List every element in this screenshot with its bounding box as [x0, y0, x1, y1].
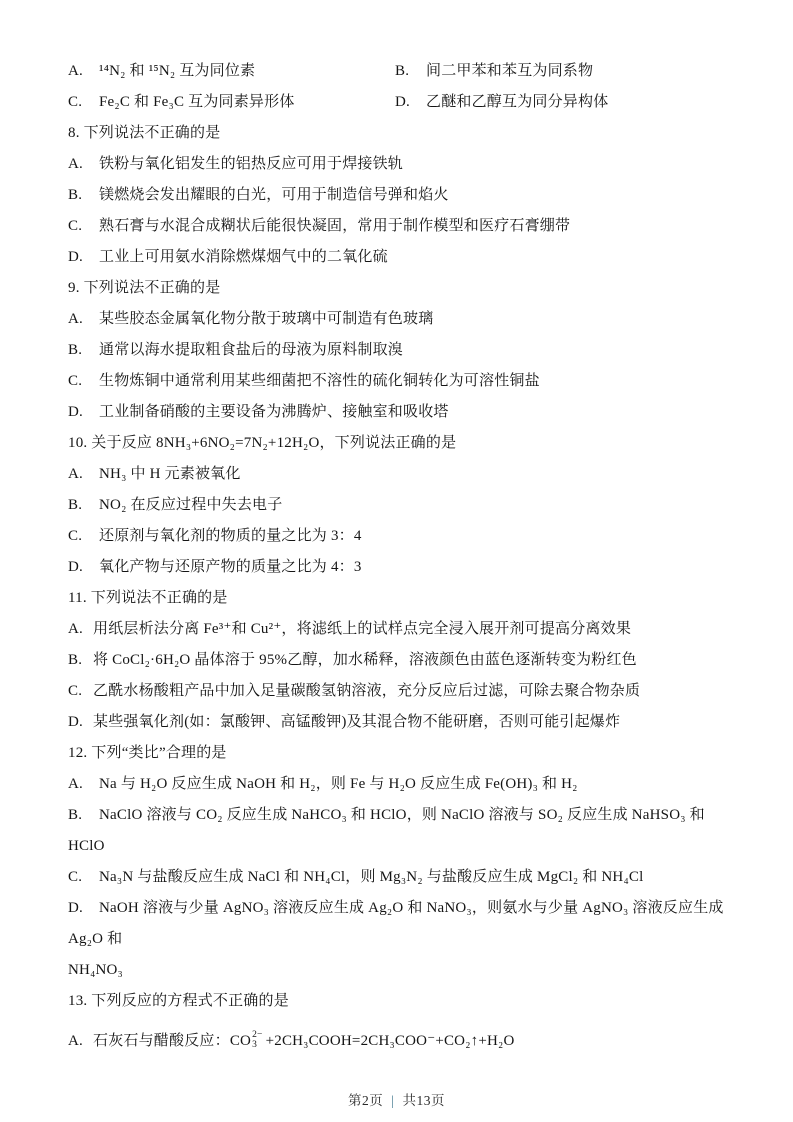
q12-option-c: C.Na₃N 与盐酸反应生成 NaCl 和 NH₄Cl，则 Mg₃N₂ 与盐酸反…	[68, 862, 740, 893]
q9-option-c-label: C.	[68, 366, 99, 397]
q10-option-d: D.氧化产物与还原产物的质量之比为 4：3	[68, 552, 740, 583]
q11-option-a-text: 用纸层析法分离 Fe³⁺和 Cu²⁺，将滤纸上的试样点完全浸入展开剂可提高分离效…	[93, 621, 631, 637]
q11-option-b-label: B.	[68, 645, 93, 676]
q8-option-a: A.铁粉与氧化铝发生的铝热反应可用于焊接铁轨	[68, 149, 740, 180]
exam-page: A.¹⁴N₂ 和 ¹⁵N₂ 互为同位素 B.间二甲苯和苯互为同系物 C.Fe₂C…	[0, 0, 793, 1122]
q10-option-d-text: 氧化产物与还原产物的质量之比为 4：3	[99, 559, 362, 575]
q7-option-b-text: 间二甲苯和苯互为同系物	[426, 63, 593, 79]
q9-option-d-text: 工业制备硝酸的主要设备为沸腾炉、接触室和吸收塔	[99, 404, 449, 420]
q9-stem: 9. 下列说法不正确的是	[68, 273, 740, 304]
q11-stem: 11. 下列说法不正确的是	[68, 583, 740, 614]
q7-option-d: D.乙醚和乙醇互为同分异构体	[395, 87, 608, 118]
q10-option-c-text: 还原剂与氧化剂的物质的量之比为 3：4	[99, 528, 362, 544]
q11-option-d: D.某些强氧化剂(如：氯酸钾、高锰酸钾)及其混合物不能研磨，否则可能引起爆炸	[68, 707, 740, 738]
q13-option-a: A.石灰石与醋酸反应：CO2−3+2CH₃COOH=2CH₃COO⁻+CO₂↑+…	[68, 1026, 740, 1057]
q12-option-a: A.Na 与 H₂O 反应生成 NaOH 和 H₂，则 Fe 与 H₂O 反应生…	[68, 769, 740, 800]
q10-option-a: A.NH₃ 中 H 元素被氧化	[68, 459, 740, 490]
ion-base: CO	[230, 1026, 251, 1057]
q11-option-d-label: D.	[68, 707, 93, 738]
q11-option-a: A.用纸层析法分离 Fe³⁺和 Cu²⁺，将滤纸上的试样点完全浸入展开剂可提高分…	[68, 614, 740, 645]
q12-stem: 12. 下列“类比”合理的是	[68, 738, 740, 769]
q11-option-d-text: 某些强氧化剂(如：氯酸钾、高锰酸钾)及其混合物不能研磨，否则可能引起爆炸	[93, 714, 620, 730]
ion-charge-stack: 2−3	[252, 1031, 263, 1050]
q12-option-d: D.NaOH 溶液与少量 AgNO₃ 溶液反应生成 Ag₂O 和 NaNO₃，则…	[68, 893, 740, 955]
q8-option-c-label: C.	[68, 211, 99, 242]
q10-option-d-label: D.	[68, 552, 99, 583]
q12-option-c-label: C.	[68, 862, 99, 893]
q13-option-a-prefix: 石灰石与醋酸反应：	[93, 1033, 230, 1049]
q7-option-c: C.Fe₂C 和 Fe₃C 互为同素异形体	[68, 87, 395, 118]
q10-option-a-label: A.	[68, 459, 99, 490]
footer-current-page: 第2页	[348, 1093, 383, 1108]
q12-option-b-text: NaClO 溶液与 CO₂ 反应生成 NaHCO₃ 和 HClO，则 NaClO…	[68, 807, 705, 854]
q7-option-a-text: ¹⁴N₂ 和 ¹⁵N₂ 互为同位素	[99, 63, 255, 79]
q8-option-b-text: 镁燃烧会发出耀眼的白光，可用于制造信号弹和焰火	[99, 187, 449, 203]
q13-option-a-label: A.	[68, 1026, 93, 1057]
q7-option-a-label: A.	[68, 56, 99, 87]
q7-options-row-2: C.Fe₂C 和 Fe₃C 互为同素异形体 D.乙醚和乙醇互为同分异构体	[68, 87, 740, 118]
footer-separator: |	[391, 1093, 394, 1108]
q9-option-d: D.工业制备硝酸的主要设备为沸腾炉、接触室和吸收塔	[68, 397, 740, 428]
q13-option-a-equation: +2CH₃COOH=2CH₃COO⁻+CO₂↑+H₂O	[266, 1033, 515, 1049]
q10-option-c-label: C.	[68, 521, 99, 552]
q12-option-c-text: Na₃N 与盐酸反应生成 NaCl 和 NH₄Cl，则 Mg₃N₂ 与盐酸反应生…	[99, 869, 643, 885]
q9-option-b-text: 通常以海水提取粗食盐后的母液为原料制取溴	[99, 342, 403, 358]
q11-option-b: B.将 CoCl₂·6H₂O 晶体溶于 95%乙醇，加水稀释，溶液颜色由蓝色逐渐…	[68, 645, 740, 676]
q10-option-b-label: B.	[68, 490, 99, 521]
q7-option-d-label: D.	[395, 87, 426, 118]
q10-option-b: B.NO₂ 在反应过程中失去电子	[68, 490, 740, 521]
q7-option-a: A.¹⁴N₂ 和 ¹⁵N₂ 互为同位素	[68, 56, 395, 87]
q10-stem: 10. 关于反应 8NH₃+6NO₂=7N₂+12H₂O，下列说法正确的是	[68, 428, 740, 459]
q8-option-b-label: B.	[68, 180, 99, 211]
q12-option-b: B.NaClO 溶液与 CO₂ 反应生成 NaHCO₃ 和 HClO，则 NaC…	[68, 800, 740, 862]
q8-option-c-text: 熟石膏与水混合成糊状后能很快凝固，常用于制作模型和医疗石膏绷带	[99, 218, 570, 234]
q11-option-b-text: 将 CoCl₂·6H₂O 晶体溶于 95%乙醇，加水稀释，溶液颜色由蓝色逐渐转变…	[93, 652, 637, 668]
q9-option-b-label: B.	[68, 335, 99, 366]
q9-option-a: A.某些胶态金属氧化物分散于玻璃中可制造有色玻璃	[68, 304, 740, 335]
q9-option-b: B.通常以海水提取粗食盐后的母液为原料制取溴	[68, 335, 740, 366]
q7-option-b-label: B.	[395, 56, 426, 87]
q11-option-c-label: C.	[68, 676, 93, 707]
q10-option-b-text: NO₂ 在反应过程中失去电子	[99, 497, 282, 513]
q8-option-a-text: 铁粉与氧化铝发生的铝热反应可用于焊接铁轨	[99, 156, 403, 172]
q8-option-d-text: 工业上可用氨水消除燃煤烟气中的二氧化硫	[99, 249, 388, 265]
q7-option-b: B.间二甲苯和苯互为同系物	[395, 56, 593, 87]
q12-option-d-text: NaOH 溶液与少量 AgNO₃ 溶液反应生成 Ag₂O 和 NaNO₃，则氨水…	[68, 900, 724, 947]
q8-option-d-label: D.	[68, 242, 99, 273]
q12-option-a-text: Na 与 H₂O 反应生成 NaOH 和 H₂，则 Fe 与 H₂O 反应生成 …	[99, 776, 578, 792]
q9-option-c-text: 生物炼铜中通常利用某些细菌把不溶性的硫化铜转化为可溶性铜盐	[99, 373, 540, 389]
exam-content: A.¹⁴N₂ 和 ¹⁵N₂ 互为同位素 B.间二甲苯和苯互为同系物 C.Fe₂C…	[68, 56, 740, 1057]
q12-option-d-label: D.	[68, 893, 99, 924]
q9-option-c: C.生物炼铜中通常利用某些细菌把不溶性的硫化铜转化为可溶性铜盐	[68, 366, 740, 397]
q11-option-a-label: A.	[68, 614, 93, 645]
q8-option-a-label: A.	[68, 149, 99, 180]
q8-option-d: D.工业上可用氨水消除燃煤烟气中的二氧化硫	[68, 242, 740, 273]
q13-stem: 13. 下列反应的方程式不正确的是	[68, 986, 740, 1017]
q7-options-row-1: A.¹⁴N₂ 和 ¹⁵N₂ 互为同位素 B.间二甲苯和苯互为同系物	[68, 56, 740, 87]
ion-subscript-count: 3	[252, 1041, 263, 1051]
q7-option-c-text: Fe₂C 和 Fe₃C 互为同素异形体	[99, 94, 295, 110]
q7-option-c-label: C.	[68, 87, 99, 118]
q8-option-b: B.镁燃烧会发出耀眼的白光，可用于制造信号弹和焰火	[68, 180, 740, 211]
q7-option-d-text: 乙醚和乙醇互为同分异构体	[426, 94, 608, 110]
q9-option-d-label: D.	[68, 397, 99, 428]
q8-stem: 8. 下列说法不正确的是	[68, 118, 740, 149]
footer-total-pages: 共13页	[402, 1093, 445, 1108]
q10-option-c: C.还原剂与氧化剂的物质的量之比为 3：4	[68, 521, 740, 552]
q9-option-a-text: 某些胶态金属氧化物分散于玻璃中可制造有色玻璃	[99, 311, 433, 327]
q11-option-c: C.乙酰水杨酸粗产品中加入足量碳酸氢钠溶液，充分反应后过滤，可除去聚合物杂质	[68, 676, 740, 707]
carbonate-ion-formula: CO2−3	[230, 1026, 266, 1057]
q11-option-c-text: 乙酰水杨酸粗产品中加入足量碳酸氢钠溶液，充分反应后过滤，可除去聚合物杂质	[93, 683, 640, 699]
q10-option-a-text: NH₃ 中 H 元素被氧化	[99, 466, 241, 482]
q9-option-a-label: A.	[68, 304, 99, 335]
page-footer: 第2页|共13页	[0, 1089, 793, 1109]
q12-option-b-label: B.	[68, 800, 99, 831]
q12-option-d-continuation: NH₄NO₃	[68, 955, 740, 986]
q8-option-c: C.熟石膏与水混合成糊状后能很快凝固，常用于制作模型和医疗石膏绷带	[68, 211, 740, 242]
q12-option-a-label: A.	[68, 769, 99, 800]
